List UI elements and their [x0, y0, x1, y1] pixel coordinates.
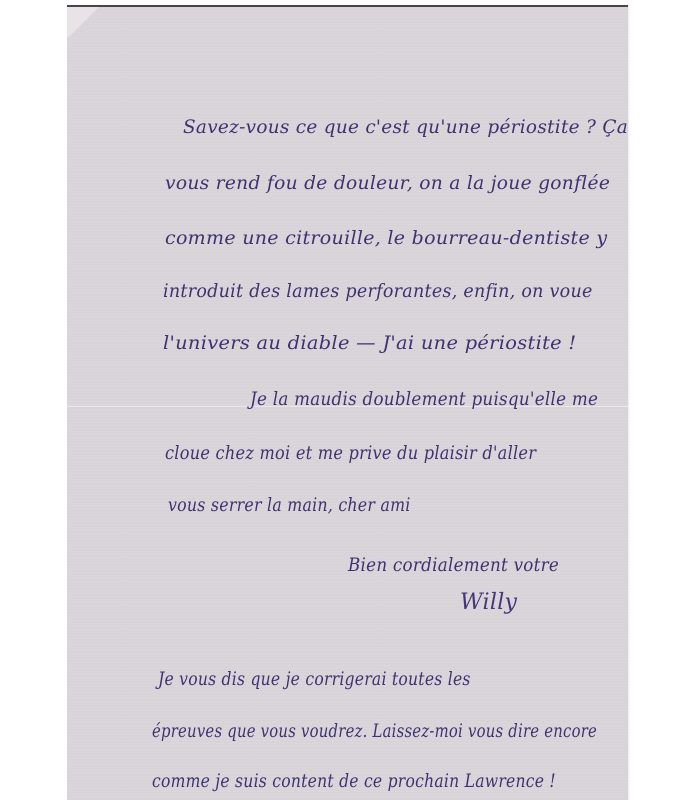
postscript-line: comme je suis content de ce prochain Law…: [152, 770, 556, 792]
paragraph1-line: introduit des lames perforantes, enfin, …: [163, 280, 593, 302]
paragraph2-line: cloue chez moi et me prive du plaisir d'…: [165, 442, 536, 464]
paragraph1-line: l'univers au diable — J'ai une périostit…: [163, 332, 577, 354]
paragraph1-line: vous rend fou de douleur, on a la joue g…: [165, 172, 610, 194]
closing-line: Bien cordialement votre: [348, 554, 559, 576]
paragraph2-line: vous serrer la main, cher ami: [168, 494, 411, 516]
paper-corner-crease: [67, 7, 107, 37]
signature: Willy: [460, 590, 517, 615]
postscript-line: épreuves que vous voudrez. Laissez-moi v…: [152, 720, 597, 742]
postscript-line: Je vous dis que je corrigerai toutes les: [158, 668, 471, 690]
paragraph1-line: comme une citrouille, le bourreau-dentis…: [165, 227, 607, 249]
paragraph1-line: Savez-vous ce que c'est qu'une périostit…: [183, 116, 628, 138]
paragraph2-line: Je la maudis doublement puisqu'elle me: [250, 388, 598, 410]
